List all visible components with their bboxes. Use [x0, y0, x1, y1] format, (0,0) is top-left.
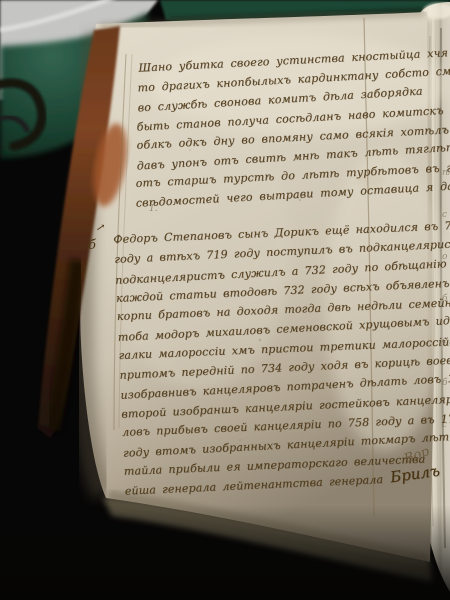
edge-glyph: о [442, 252, 450, 294]
paragraph-1: Шано убитка своего устинства кностыйца х… [128, 40, 450, 213]
edge-glyph: г [442, 126, 450, 168]
edge-glyph: с [442, 210, 450, 252]
paragraph-2: Федоръ Степановъ сынъ Дорикъ ещё находил… [113, 213, 450, 501]
edge-glyph: ѣ [442, 168, 450, 210]
margin-note: б [88, 238, 96, 253]
edge-glyph: б [442, 294, 450, 336]
edge-glyph: б [442, 378, 450, 420]
edge-glyph: с [442, 420, 450, 462]
section-mark: 1. [149, 204, 158, 214]
photo-scene: Шано убитка своего устинства кностыйца х… [0, 0, 450, 600]
manuscript-text: Шано убитка своего устинства кностыйца х… [0, 0, 450, 600]
margin-note-arrow-icon: ↗ [95, 220, 106, 234]
edge-glyphs: г ѣ с о б е б с [442, 126, 450, 462]
edge-glyph: е [442, 336, 450, 378]
